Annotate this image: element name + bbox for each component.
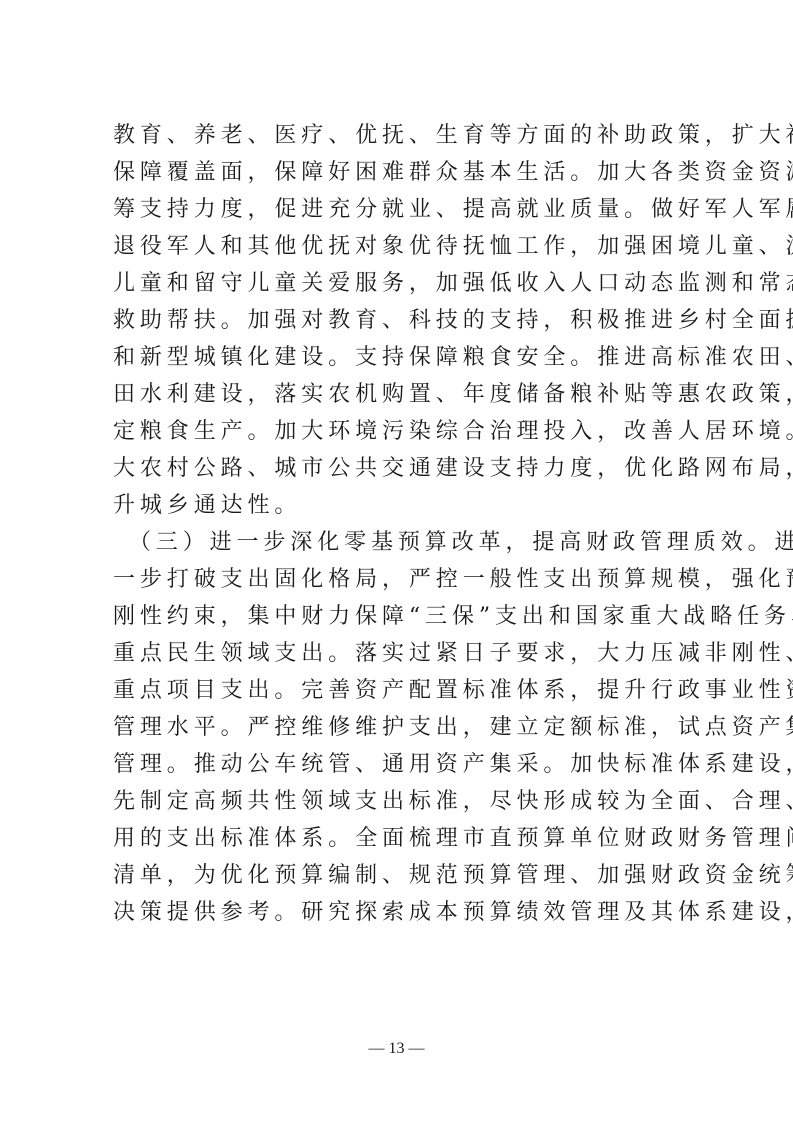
text-line: 先制定高频共性领域支出标准，尽快形成较为全面、合理、实 [113, 783, 683, 820]
text-line: 儿童和留守儿童关爱服务，加强低收入人口动态监测和常态化 [113, 265, 683, 302]
text-line: 清单，为优化预算编制、规范预算管理、加强财政资金统筹等 [113, 857, 683, 894]
body-text: 教育、养老、医疗、优抚、生育等方面的补助政策，扩大社会 保障覆盖面，保障好困难群… [113, 117, 683, 931]
page-number: — 13 — [0, 1040, 793, 1058]
text-line: 管理。推动公车统管、通用资产集采。加快标准体系建设，优 [113, 746, 683, 783]
text-line: 退役军人和其他优抚对象优待抚恤工作，加强困境儿童、流动 [113, 228, 683, 265]
section-heading-line: （三）进一步深化零基预算改革，提高财政管理质效。进 [113, 524, 683, 561]
text-line: 管理水平。严控维修维护支出，建立定额标准，试点资产集中 [113, 709, 683, 746]
text-line: 升城乡通达性。 [113, 487, 683, 524]
text-line: 筹支持力度，促进充分就业、提高就业质量。做好军人军属、 [113, 191, 683, 228]
text-line: 大农村公路、城市公共交通建设支持力度，优化路网布局，提 [113, 450, 683, 487]
text-line: 救助帮扶。加强对教育、科技的支持，积极推进乡村全面振兴 [113, 302, 683, 339]
text-line: 决策提供参考。研究探索成本预算绩效管理及其体系建设，确 [113, 894, 683, 931]
text-line: 保障覆盖面，保障好困难群众基本生活。加大各类资金资源统 [113, 154, 683, 191]
text-line: 刚性约束，集中财力保障“三保”支出和国家重大战略任务、 [113, 598, 683, 635]
text-line: 田水利建设，落实农机购置、年度储备粮补贴等惠农政策，稳 [113, 376, 683, 413]
text-line: 用的支出标准体系。全面梳理市直预算单位财政财务管理问题 [113, 820, 683, 857]
text-line: 定粮食生产。加大环境污染综合治理投入，改善人居环境。加 [113, 413, 683, 450]
text-line: 重点项目支出。完善资产配置标准体系，提升行政事业性资产 [113, 672, 683, 709]
text-line: 一步打破支出固化格局，严控一般性支出预算规模，强化预算 [113, 561, 683, 598]
text-line: 和新型城镇化建设。支持保障粮食安全。推进高标准农田、农 [113, 339, 683, 376]
text-line: 重点民生领域支出。落实过紧日子要求，大力压减非刚性、非 [113, 635, 683, 672]
document-page: 教育、养老、医疗、优抚、生育等方面的补助政策，扩大社会 保障覆盖面，保障好困难群… [0, 0, 793, 1122]
text-line: 教育、养老、医疗、优抚、生育等方面的补助政策，扩大社会 [113, 117, 683, 154]
